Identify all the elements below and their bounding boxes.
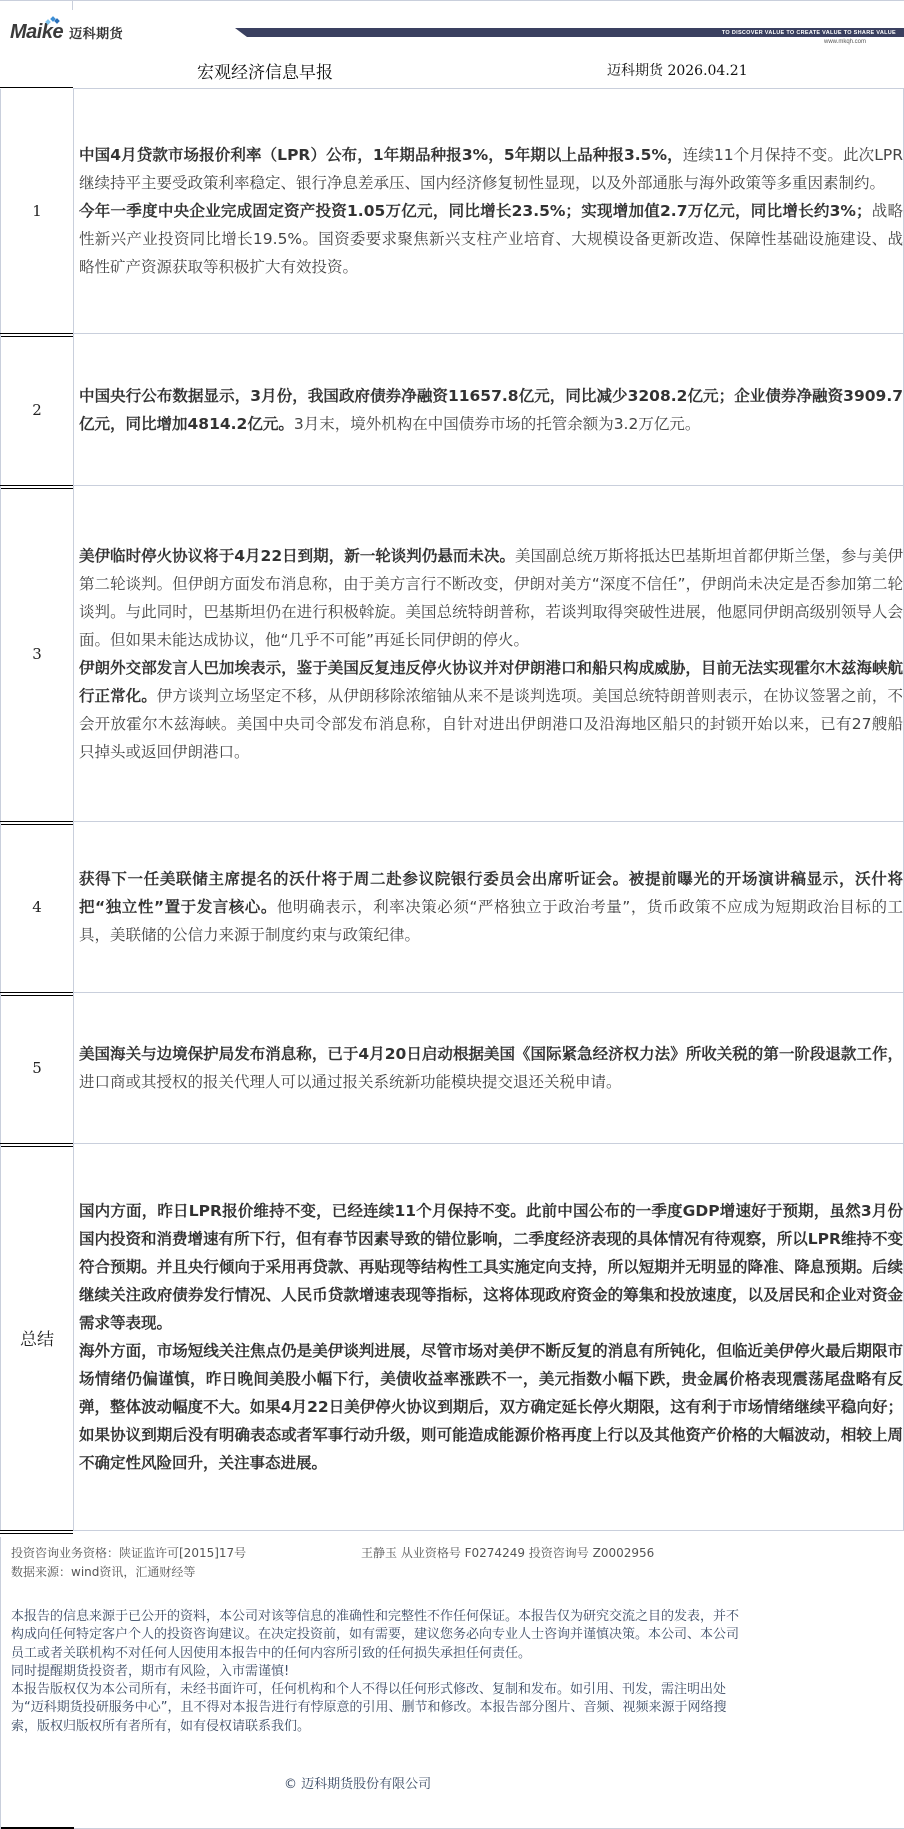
headline-bold: 中国4月贷款市场报价利率（LPR）公布，1年期品种报3%，5年期以上品种报3.5… [79,146,683,164]
headline-bold: 美国海关与边境保护局发布消息称，已于4月20日启动根据美国《国际紧急经济权力法》… [79,1045,903,1063]
report-footer: 投资咨询业务资格：陕证监许可[2015]17号王静玉 从业资格号 F027424… [0,1537,904,1829]
data-source: 数据来源：wind资讯，汇通财经等 [11,1563,654,1582]
summary-content: 国内方面，昨日LPR报价维持不变，已经连续11个月保持不变。此前中国公布的一季度… [74,1144,904,1530]
company-logo: Maike 迈科期货 [10,22,123,42]
detail-text: 进口商或其授权的报关代理人可以通过报关系统新功能模块提交退还关税申请。 [79,1073,622,1091]
news-paragraph: 获得下一任美联储主席提名的沃什将于周二赴参议院银行委员会出席听证会。被提前曝光的… [79,865,903,949]
disclaimer-paragraph: 本报告的信息来源于已公开的资料，本公司对该等信息的准确性和完整性不作任何保证。本… [11,1608,741,1663]
website-url: www.mkqh.com [824,39,866,45]
news-row-2: 2 中国央行公布数据显示，3月份，我国政府债券净融资11657.8亿元，同比减少… [0,334,904,486]
copyright-notice: 本报告版权仅为本公司所有，未经书面许可，任何机构和个人不得以任何形式修改、复制和… [11,1681,741,1736]
news-content: 中国4月贷款市场报价利率（LPR）公布，1年期品种报3%，5年期以上品种报3.5… [74,89,904,333]
row-index: 4 [0,822,74,992]
divider [0,0,904,1]
news-content: 美伊临时停火协议将于4月22日到期，新一轮谈判仍悬而未决。美国副总统万斯将抵达巴… [74,486,904,821]
disclaimer: 本报告的信息来源于已公开的资料，本公司对该等信息的准确性和完整性不作任何保证。本… [11,1608,741,1736]
analyst-info: 王静玉 从业资格号 F0274249 投资咨询号 Z0002956 [361,1546,654,1560]
news-paragraph: 伊朗外交部发言人巴加埃表示，鉴于美国反复违反停火协议并对伊朗港口和船只构成威胁，… [79,654,903,766]
row-index: 2 [0,334,74,485]
row-index: 3 [0,486,74,821]
slogan: TO DISCOVER VALUE TO CREATE VALUE TO SHA… [722,30,896,36]
copyright: © 迈科期货股份有限公司 [284,1773,431,1792]
risk-warning: 同时提醒期货投资者，期市有风险，入市需谨慎! [11,1663,741,1681]
summary-label: 总结 [0,1144,74,1530]
detail-text: 3月末，境外机构在中国债券市场的托管余额为3.2万亿元。 [294,415,701,433]
news-row-5: 5 美国海关与边境保护局发布消息称，已于4月20日启动根据美国《国际紧急经济权力… [0,993,904,1144]
news-content: 美国海关与边境保护局发布消息称，已于4月20日启动根据美国《国际紧急经济权力法》… [74,993,904,1143]
detail-text: 伊方谈判立场坚定不移，从伊朗移除浓缩铀从来不是谈判选项。美国总统特朗普则表示，在… [79,687,903,761]
company-date: 迈科期货 2026.04.21 [607,60,748,80]
page-title: 宏观经济信息早报 [197,58,333,83]
news-paragraph: 美国海关与边境保护局发布消息称，已于4月20日启动根据美国《国际紧急经济权力法》… [79,1040,903,1096]
qualification-text: 投资咨询业务资格：陕证监许可[2015]17号 [11,1544,361,1563]
summary-paragraph: 国内方面，昨日LPR报价维持不变，已经连续11个月保持不变。此前中国公布的一季度… [79,1197,903,1337]
news-content: 获得下一任美联储主席提名的沃什将于周二赴参议院银行委员会出席听证会。被提前曝光的… [74,822,904,992]
report-header: Maike 迈科期货 TO DISCOVER VALUE TO CREATE V… [0,0,904,90]
news-paragraph: 中国4月贷款市场报价利率（LPR）公布，1年期品种报3%，5年期以上品种报3.5… [79,141,903,197]
row-index: 5 [0,993,74,1143]
news-row-4: 4 获得下一任美联储主席提名的沃什将于周二赴参议院银行委员会出席听证会。被提前曝… [0,822,904,993]
news-content: 中国央行公布数据显示，3月份，我国政府债券净融资11657.8亿元，同比减少32… [74,334,904,485]
news-paragraph: 今年一季度中央企业完成固定资产投资1.05万亿元，同比增长23.5%；实现增加值… [79,197,903,281]
row-index: 1 [0,89,74,333]
summary-row: 总结 国内方面，昨日LPR报价维持不变，已经连续11个月保持不变。此前中国公布的… [0,1144,904,1531]
summary-paragraph: 海外方面，市场短线关注焦点仍是美伊谈判进展，尽管市场对美伊不断反复的消息有所钝化… [79,1337,903,1477]
news-paragraph: 美伊临时停火协议将于4月22日到期，新一轮谈判仍悬而未决。美国副总统万斯将抵达巴… [79,542,903,654]
divider [0,87,73,88]
divider [72,0,73,10]
headline-bold: 美伊临时停火协议将于4月22日到期，新一轮谈判仍悬而未决。 [79,547,515,565]
news-paragraph: 中国央行公布数据显示，3月份，我国政府债券净融资11657.8亿元，同比减少32… [79,382,903,438]
report-meta: 投资咨询业务资格：陕证监许可[2015]17号王静玉 从业资格号 F027424… [11,1544,654,1582]
logo-chinese-name: 迈科期货 [69,23,123,42]
news-row-3: 3 美伊临时停火协议将于4月22日到期，新一轮谈判仍悬而未决。美国副总统万斯将抵… [0,486,904,822]
headline-bold: 今年一季度中央企业完成固定资产投资1.05万亿元，同比增长23.5%；实现增加值… [79,202,871,220]
news-table: 1 中国4月贷款市场报价利率（LPR）公布，1年期品种报3%，5年期以上品种报3… [0,89,904,1531]
logo-dots-icon [46,17,60,25]
news-row-1: 1 中国4月贷款市场报价利率（LPR）公布，1年期品种报3%，5年期以上品种报3… [0,89,904,334]
